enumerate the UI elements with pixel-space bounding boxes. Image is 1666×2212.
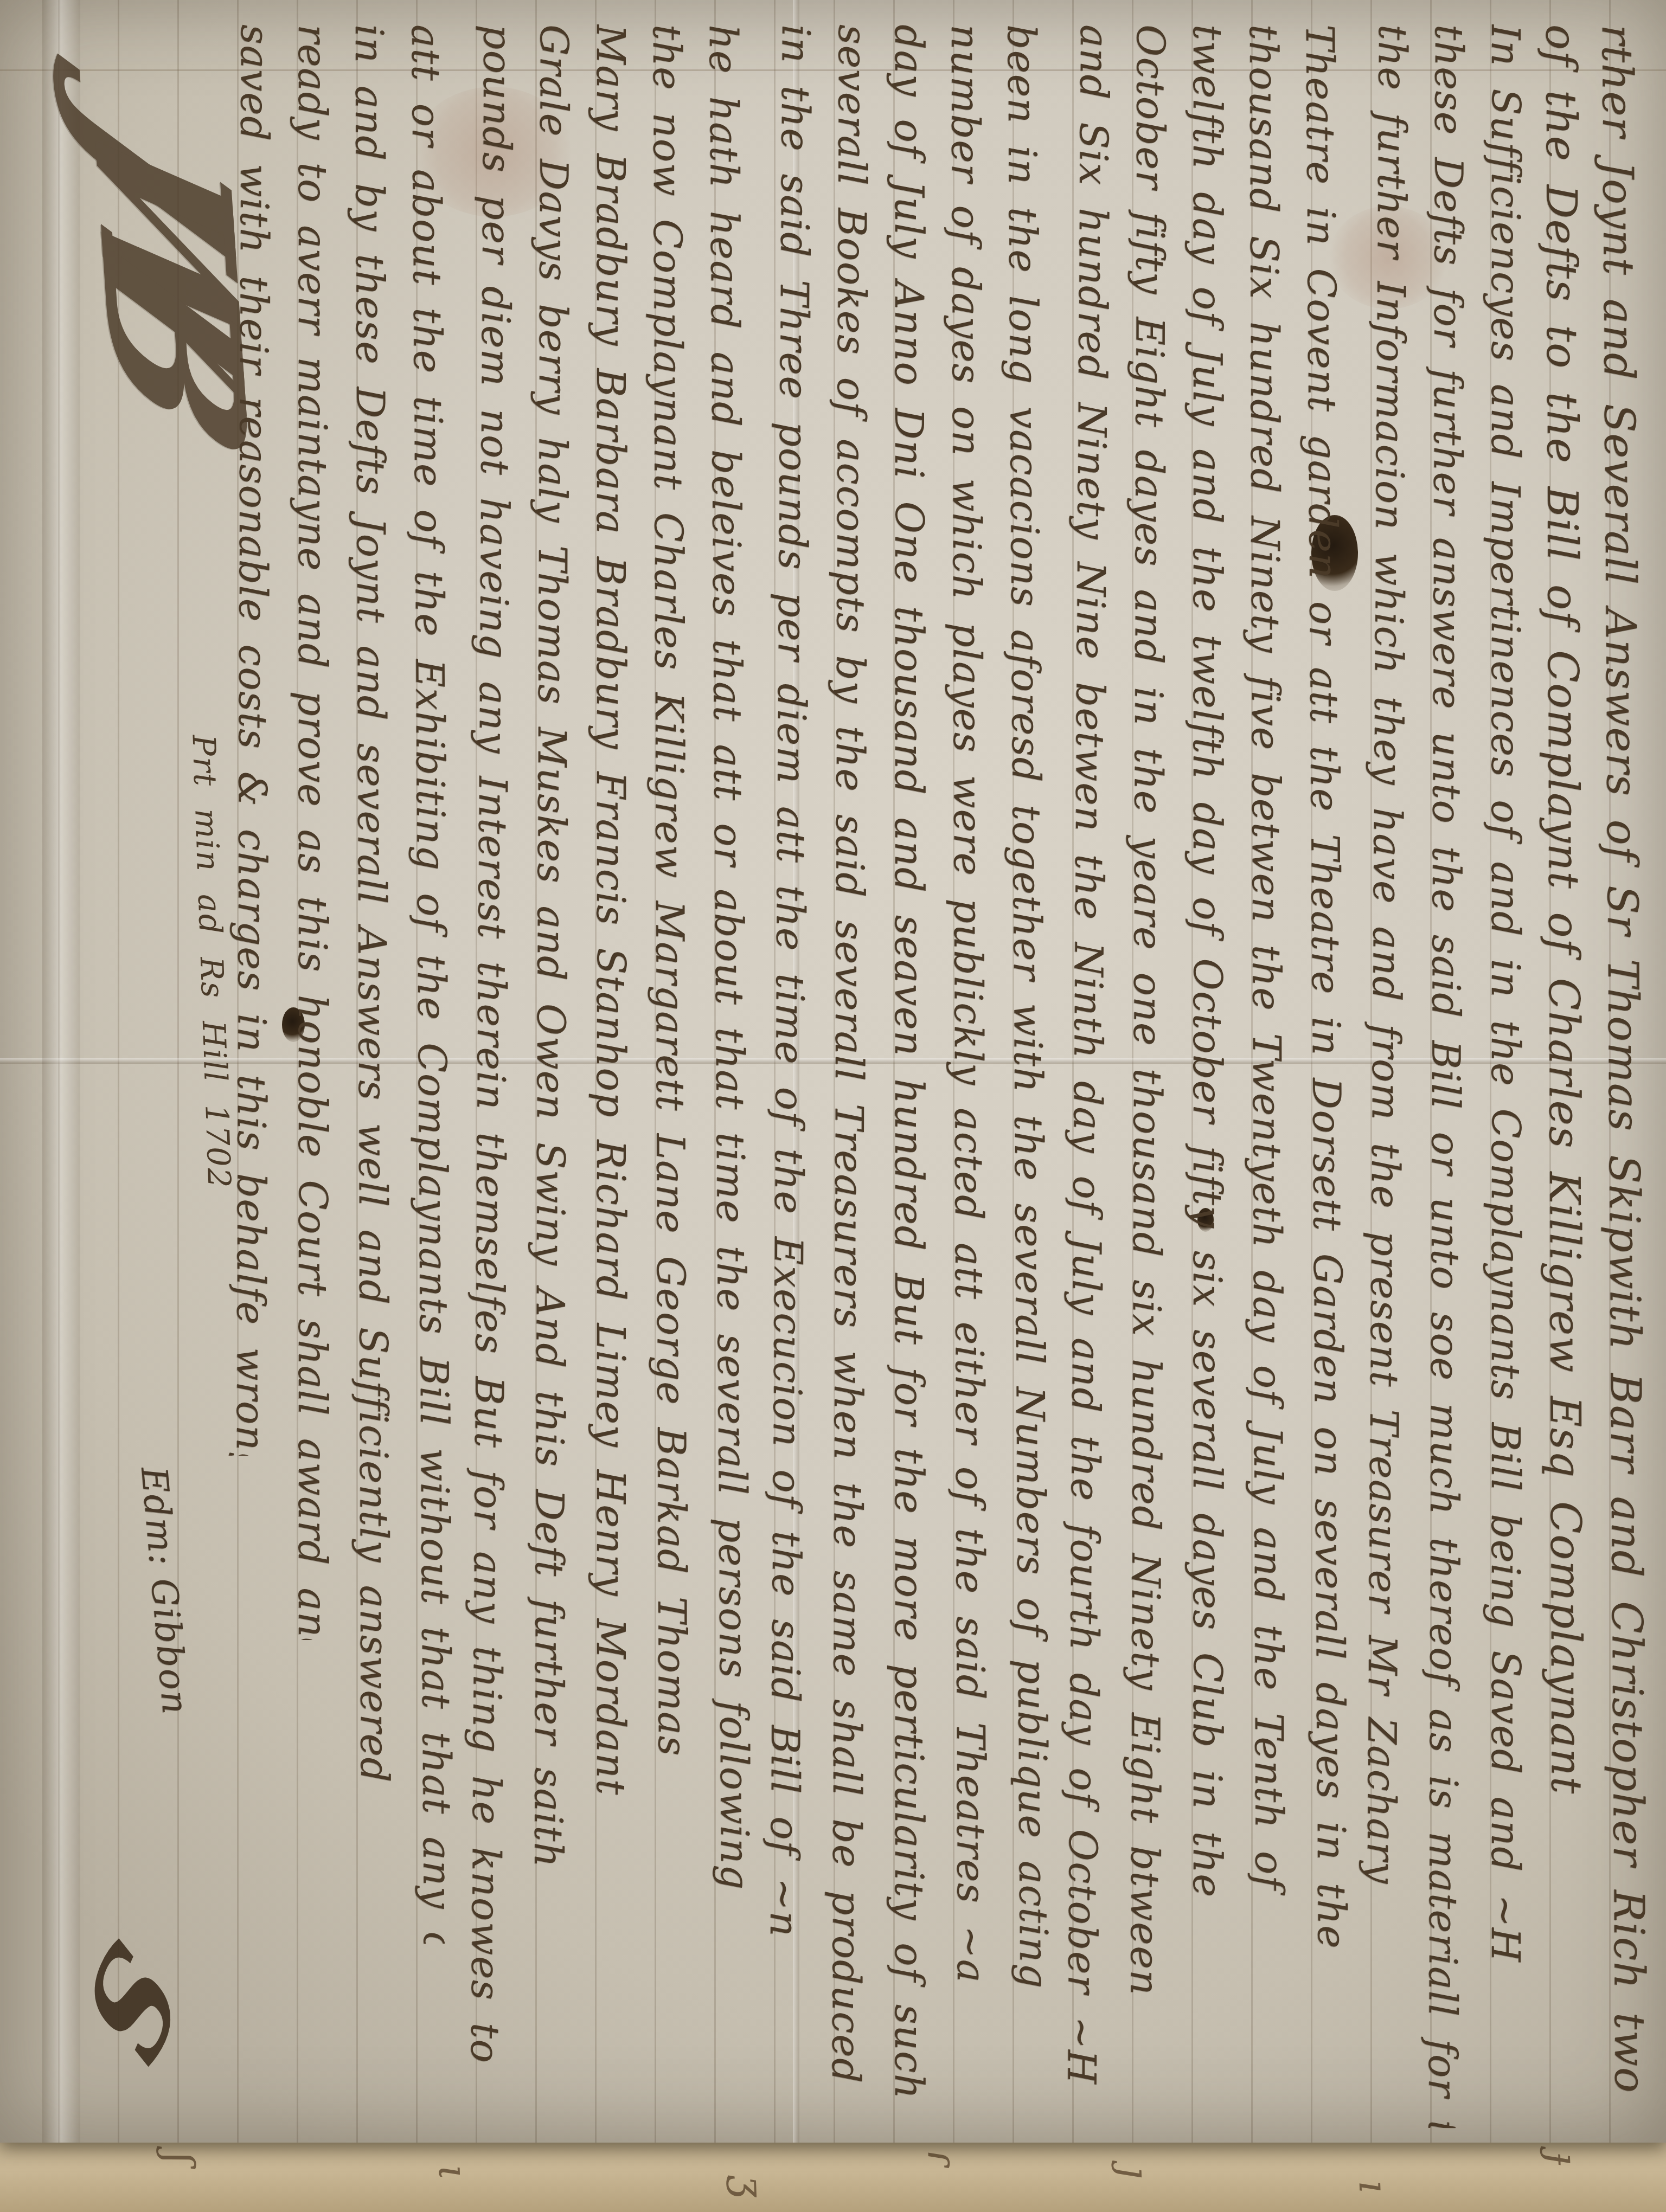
underpage-ink-fragment: ı bbox=[1349, 2179, 1396, 2194]
manuscript-line: thousand Six hundred Ninety five betwen … bbox=[1230, 24, 1293, 2128]
rotated-text-layer: saved with their reasonable costs & char… bbox=[0, 8, 1666, 2139]
manuscript-line: rther Joynt and Severall Answers of Sr T… bbox=[1585, 24, 1654, 2129]
manuscript-line: these Defts for further answere unto the… bbox=[1409, 24, 1472, 2128]
manuscript-line: of the Defts to the Bill of Complaynt of… bbox=[1528, 24, 1591, 1954]
manuscript-line: Grale Davys berry haly Thomas Muskes and… bbox=[514, 24, 577, 2085]
underpage-ink-fragment: ι bbox=[429, 2164, 476, 2181]
manuscript-line: day of July Anno Dni One thousand and se… bbox=[875, 24, 932, 2128]
corner-pen-flourish: S bbox=[59, 1914, 204, 2092]
manuscript-line: he hath heard and beleives that att or a… bbox=[690, 24, 759, 2129]
manuscript-line: severall Bookes of accompts by the said … bbox=[812, 24, 875, 2128]
manuscript-line: been in the long vacacions aforesd toget… bbox=[988, 24, 1058, 2129]
manuscript-line: Theatre in Covent garden or att the Thea… bbox=[1286, 24, 1356, 2129]
manuscript-line: in and by these Defts Joynt and severall… bbox=[336, 24, 398, 1792]
underpage-ink-fragment: ɟ bbox=[1539, 2151, 1586, 2165]
manuscript-line: in the said Three pounds per diem att th… bbox=[749, 24, 819, 2096]
manuscript-line: twelfth day of July and the twelfth day … bbox=[1174, 24, 1230, 2128]
signature-edm-gibbon: Edm: Gibbon bbox=[133, 1465, 196, 1717]
underpage-ink-fragment: ʒ bbox=[725, 2175, 772, 2199]
manuscript-line: pounds per diem not haveing any Interest… bbox=[451, 24, 521, 2063]
manuscript-line: Mary Bradbury Barbara Bradbury Francis S… bbox=[577, 24, 633, 2128]
manuscript-line: In Sufficiencyes and Impertinences of an… bbox=[1472, 24, 1528, 2009]
manuscript-line: October fifty Eight dayes and in the yea… bbox=[1111, 24, 1174, 2128]
underpage-ink-fragment: ɾ bbox=[918, 2149, 965, 2168]
manuscript-line: number of dayes on which playes were pub… bbox=[932, 24, 995, 2128]
parchment-page: saved with their reasonable costs & char… bbox=[0, 0, 1666, 2143]
manuscript-line: att or about the time of the Exhibiting … bbox=[392, 24, 460, 1944]
photograph-of-manuscript: ʃιʒɾȷıɟ saved with their reasonable cost… bbox=[0, 0, 1666, 2212]
manuscript-line: ready to averr maintayne and prove as th… bbox=[279, 24, 335, 1640]
manuscript-line: the now Complaynant Charles Killigrew Ma… bbox=[633, 24, 696, 2128]
underpage-ink-fragment: ʃ bbox=[156, 2152, 203, 2164]
manuscript-line: the further Informacion which they have … bbox=[1346, 24, 1415, 2129]
manuscript-line: and Six hundred Ninety Nine betwen the N… bbox=[1048, 24, 1117, 2129]
underpage-ink-fragment: ȷ bbox=[1111, 2165, 1158, 2179]
